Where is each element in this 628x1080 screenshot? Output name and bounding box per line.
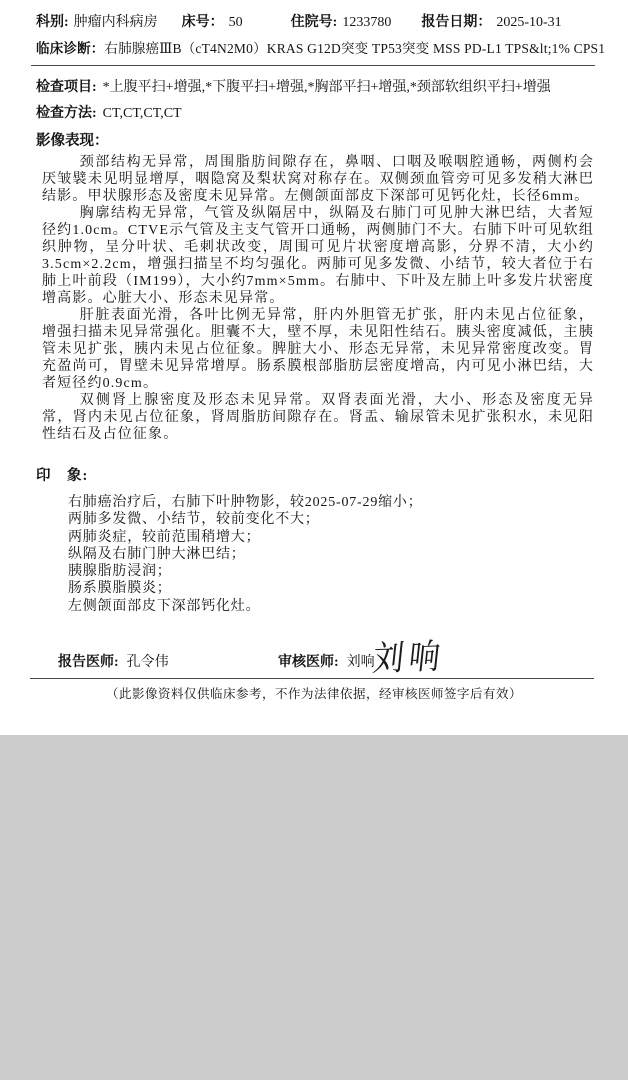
ct-report-sheet: 科别:肿瘤内科病房 床号：50 住院号:1233780 报告日期：2025-10… xyxy=(0,0,628,735)
clinical-diagnosis-field: 临床诊断：右肺腺癌ⅢB（cT4N2M0）KRAS G12D突变 TP53突变 M… xyxy=(0,32,628,58)
reporting-doctor-label: 报告医师: xyxy=(58,655,119,670)
reporting-doctor-field: 报告医师:孔令伟 xyxy=(58,654,169,672)
reporting-doctor-value: 孔令伟 xyxy=(127,655,169,670)
department-field: 科别:肿瘤内科病房 xyxy=(36,14,158,32)
findings-paragraph-kidney: 双侧肾上腺密度及形态未见异常。双肾表面光滑，大小、形态及密度无异常，肾内未见占位… xyxy=(42,392,594,443)
impression-list: 右肺癌治疗后，右肺下叶肿物影，较2025-07-29缩小； 两肺多发微、小结节，… xyxy=(68,494,594,615)
bed-number-value: 50 xyxy=(229,15,243,30)
impression-item: 右肺癌治疗后，右肺下叶肿物影，较2025-07-29缩小； xyxy=(68,494,594,511)
exam-items-value: *上腹平扫+增强,*下腹平扫+增强,*胸部平扫+增强,*颈部软组织平扫+增强 xyxy=(103,80,551,95)
header-divider xyxy=(31,65,595,66)
bed-number-label: 床号： xyxy=(182,15,224,30)
review-doctor-label: 审核医师: xyxy=(278,655,339,670)
exam-method-label: 检查方法: xyxy=(36,106,97,121)
disclaimer-text: （此影像资料仅供临床参考，不作为法律依据，经审核医师签字后有效） xyxy=(0,686,628,702)
review-doctor-field: 审核医师:刘响 xyxy=(278,654,375,672)
review-doctor-value: 刘响 xyxy=(347,655,375,670)
report-date-label: 报告日期： xyxy=(421,15,491,30)
admission-number-label: 住院号: xyxy=(291,15,338,30)
findings-heading: 影像表现： xyxy=(0,132,628,150)
department-label: 科别: xyxy=(36,15,69,30)
admission-number-value: 1233780 xyxy=(342,15,391,30)
impression-item: 纵隔及右肺门肿大淋巴结； xyxy=(68,546,594,563)
report-date-value: 2025-10-31 xyxy=(496,15,561,30)
impression-item: 肠系膜脂膜炎； xyxy=(68,580,594,597)
findings-body: 颈部结构无异常，周围脂肪间隙存在，鼻咽、口咽及喉咽腔通畅，两侧杓会厌皱襞未见明显… xyxy=(42,154,594,443)
clinical-diagnosis-value: 右肺腺癌ⅢB（cT4N2M0）KRAS G12D突变 TP53突变 MSS PD… xyxy=(105,41,606,56)
bed-number-field: 床号：50 xyxy=(182,14,243,32)
clinical-diagnosis-label: 临床诊断： xyxy=(36,41,105,56)
exam-method-field: 检查方法:CT,CT,CT,CT xyxy=(0,105,628,123)
exam-items-field: 检查项目:*上腹平扫+增强,*下腹平扫+增强,*胸部平扫+增强,*颈部软组织平扫… xyxy=(0,79,628,97)
exam-items-label: 检查项目: xyxy=(36,80,97,95)
findings-paragraph-abdomen: 肝脏表面光滑，各叶比例无异常，肝内外胆管无扩张，肝内未见占位征象，增强扫描未见异… xyxy=(42,307,594,392)
review-doctor-signature: 刘响 xyxy=(371,627,448,680)
report-date-field: 报告日期：2025-10-31 xyxy=(421,14,561,32)
footer-divider xyxy=(30,678,594,679)
report-viewer-background: 科别:肿瘤内科病房 床号：50 住院号:1233780 报告日期：2025-10… xyxy=(0,0,628,1080)
admission-number-field: 住院号:1233780 xyxy=(291,14,392,32)
findings-paragraph-chest: 胸廓结构无异常，气管及纵隔居中，纵隔及右肺门可见肿大淋巴结，大者短径约1.0cm… xyxy=(42,205,594,307)
department-value: 肿瘤内科病房 xyxy=(74,15,158,30)
report-meta-row: 科别:肿瘤内科病房 床号：50 住院号:1233780 报告日期：2025-10… xyxy=(0,0,628,32)
impression-heading: 印 象: xyxy=(0,467,628,485)
exam-method-value: CT,CT,CT,CT xyxy=(103,106,182,121)
impression-item: 两肺炎症，较前范围稍增大； xyxy=(68,529,594,546)
impression-item: 胰腺脂肪浸润； xyxy=(68,563,594,580)
impression-item: 左侧颌面部皮下深部钙化灶。 xyxy=(68,598,594,615)
impression-item: 两肺多发微、小结节，较前变化不大； xyxy=(68,511,594,528)
findings-paragraph-neck: 颈部结构无异常，周围脂肪间隙存在，鼻咽、口咽及喉咽腔通畅，两侧杓会厌皱襞未见明显… xyxy=(42,154,594,205)
